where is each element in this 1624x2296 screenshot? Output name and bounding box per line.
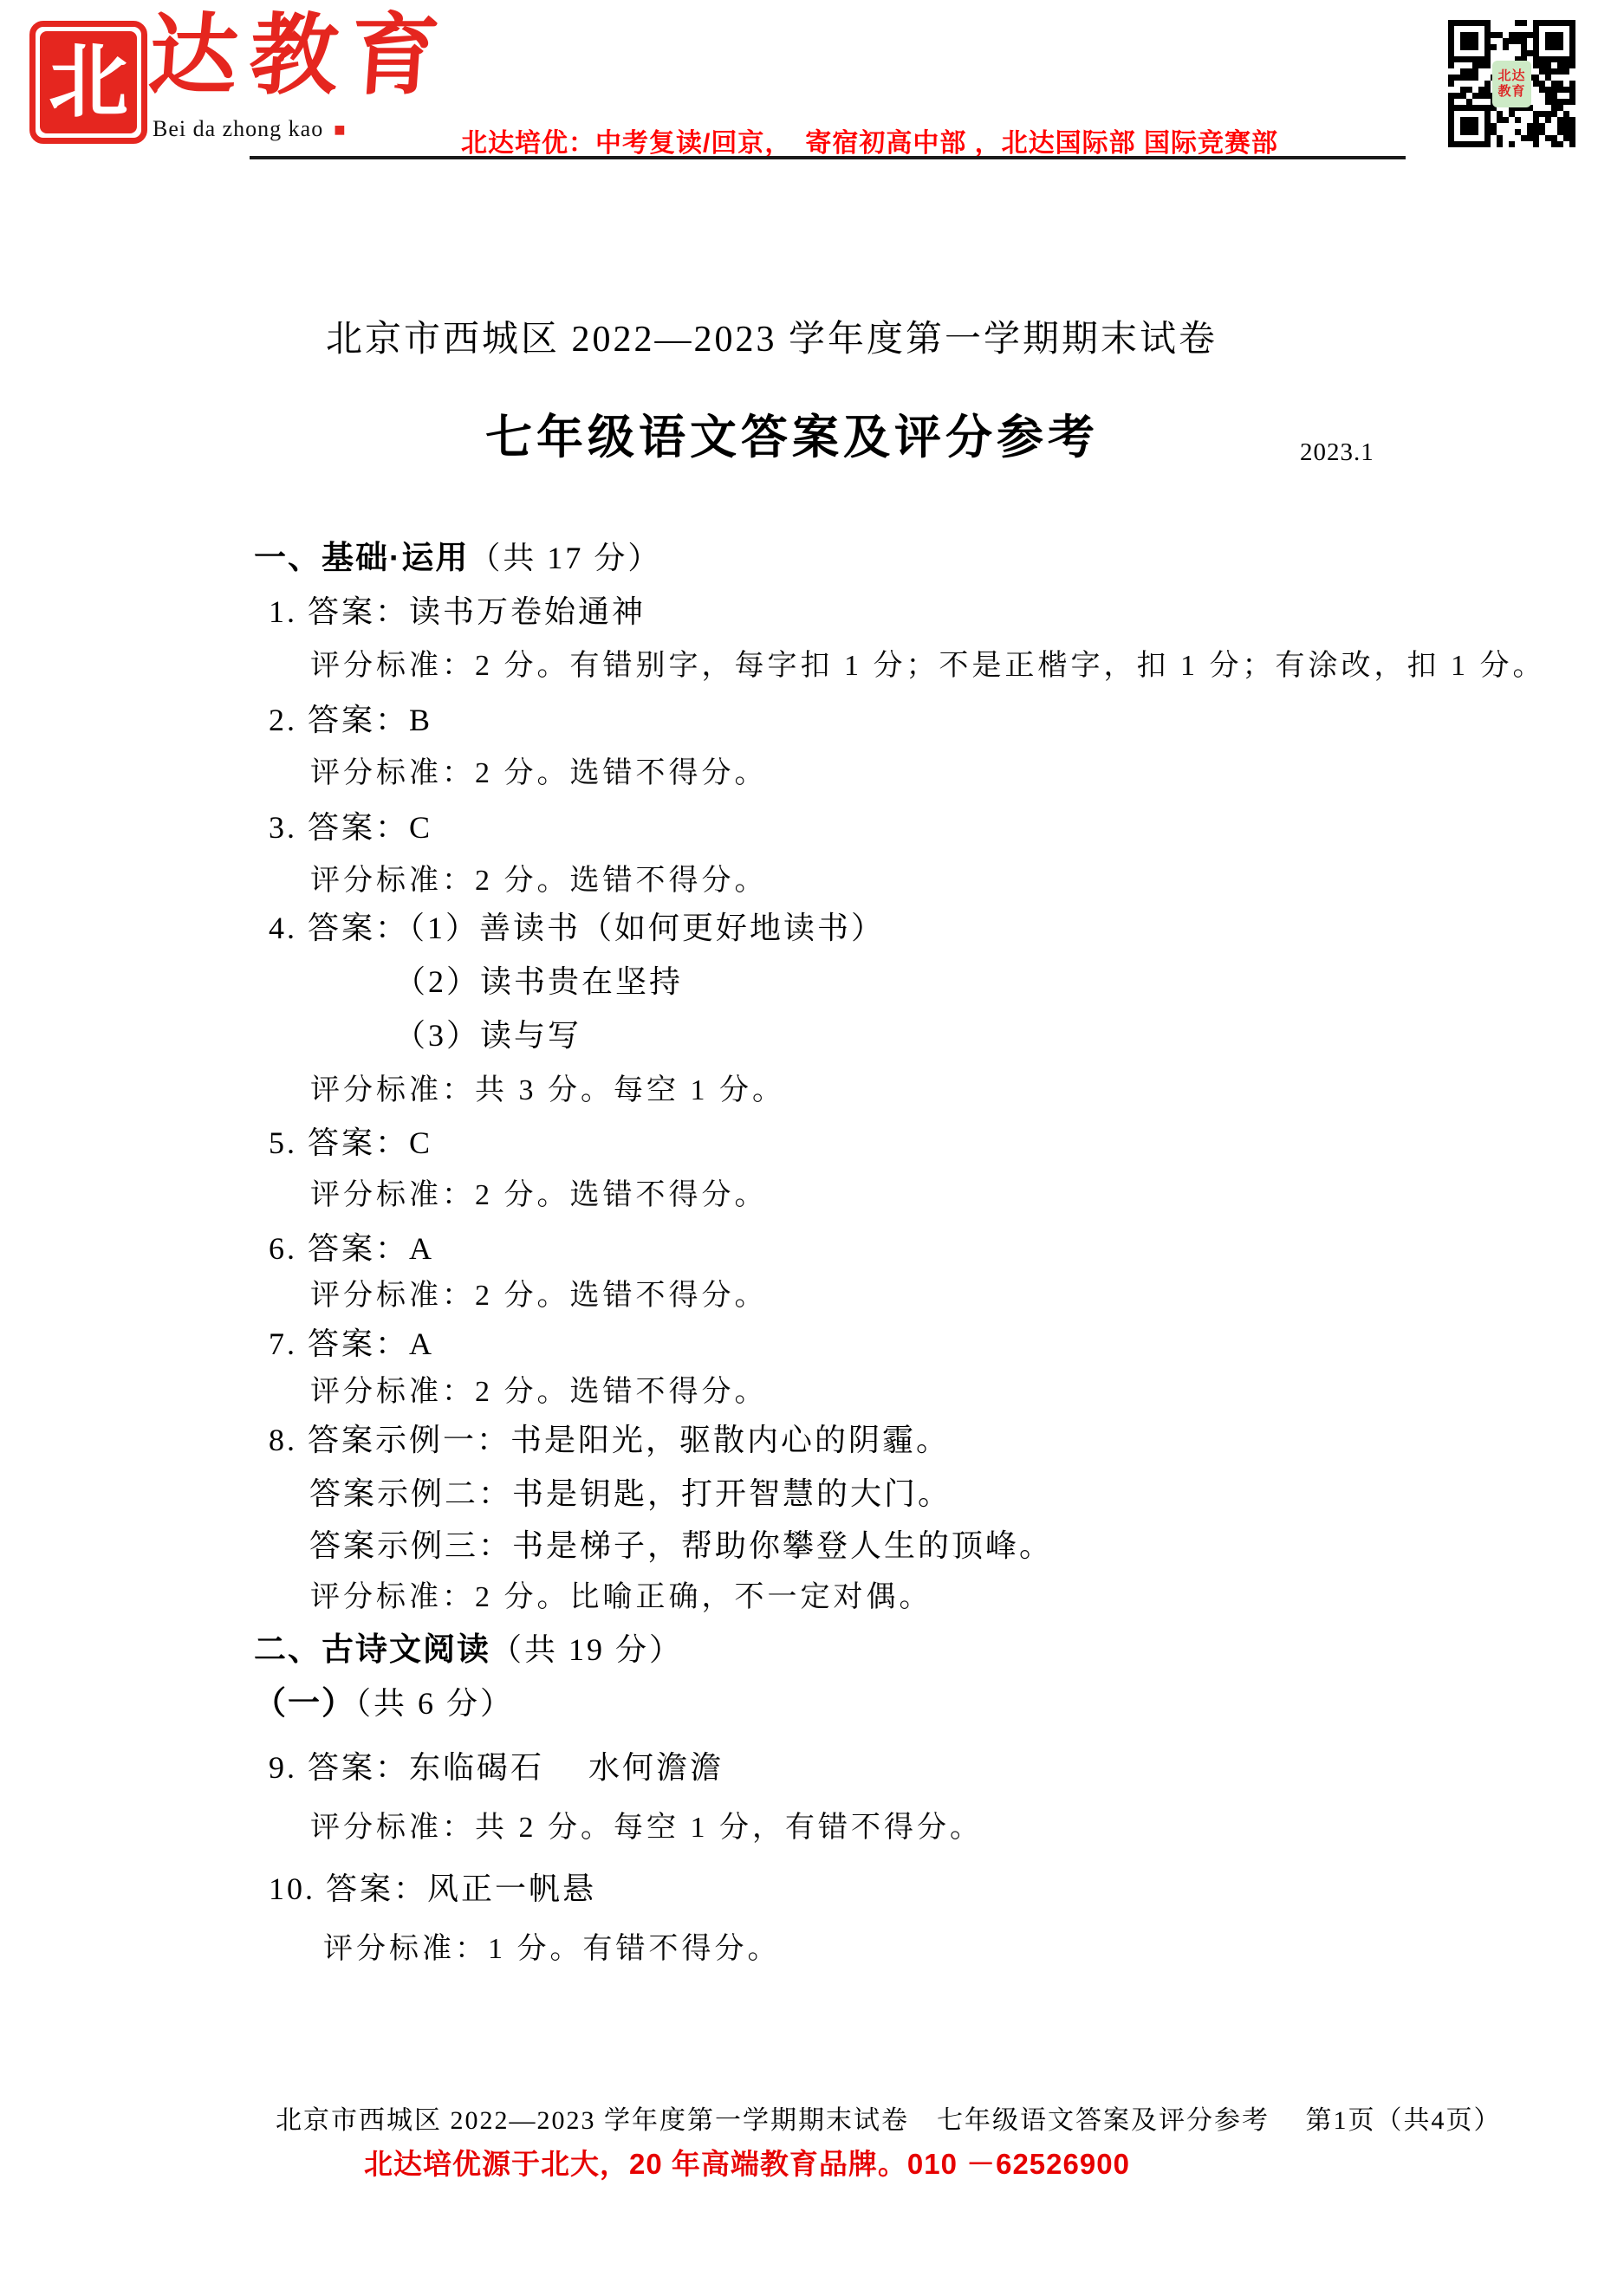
- scoring-line-q4: 评分标准：共 3 分。每空 1 分。: [310, 1073, 785, 1107]
- answer-line-q7: 7. 答案：A: [269, 1326, 434, 1362]
- answer-line-q9: 9. 答案：东临碣石 水何澹澹: [269, 1750, 724, 1786]
- header-slogan: 北达培优：中考复读/回京， 寄宿初高中部 ，北达国际部 国际竞赛部: [461, 121, 1278, 159]
- logo-subtext: Bei da zhong kao■: [153, 116, 347, 142]
- answer-line-q8-ex2: 答案示例二：书是钥匙，打开智慧的大门。: [309, 1476, 952, 1512]
- qr-code: 北达 教育: [1445, 17, 1578, 150]
- scoring-line-q1: 评分标准：2 分。有错别字，每字扣 1 分；不是正楷字，扣 1 分；有涂改，扣 …: [310, 649, 1546, 683]
- answer-line-q8-ex3: 答案示例三：书是梯子，帮助你攀登人生的顶峰。: [309, 1528, 1053, 1564]
- scoring-line-q3: 评分标准：2 分。选错不得分。: [310, 864, 768, 898]
- answer-line-q5: 5. 答案：C: [269, 1125, 432, 1161]
- answer-line-q4-sub3: （3）读与写: [394, 1018, 581, 1054]
- answer-line-q2: 2. 答案：B: [269, 703, 432, 738]
- logo-stamp-char: 北: [49, 42, 128, 122]
- answer-line-q6: 6. 答案：A: [269, 1231, 434, 1267]
- scoring-line-q6: 评分标准：2 分。选错不得分。: [310, 1279, 768, 1313]
- scoring-line-q10: 评分标准：1 分。有错不得分。: [323, 1932, 781, 1966]
- document-subtitle: 七年级语文答案及评分参考: [485, 400, 1099, 467]
- footer-page-info: 北京市西城区 2022—2023 学年度第一学期期末试卷 七年级语文答案及评分参…: [276, 2098, 1502, 2137]
- answer-line-q10: 10. 答案：风正一帆悬: [269, 1871, 596, 1907]
- document-page: 北 达教育 Bei da zhong kao■ 北达培优：中考复读/回京， 寄宿…: [0, 0, 1624, 2296]
- answer-line-q4-sub2: （2）读书贵在坚持: [394, 964, 683, 1000]
- scoring-line-q2: 评分标准：2 分。选错不得分。: [310, 756, 768, 790]
- section-heading-1: 一、基础·运用（共 17 分）: [254, 540, 661, 577]
- answer-line-q3: 3. 答案：C: [269, 810, 432, 846]
- logo-wordmark: 达教育: [146, 9, 454, 106]
- logo-stamp: 北: [29, 21, 147, 144]
- header-divider: [250, 156, 1406, 159]
- footer-promo: 北达培优源于北大，20 年高端教育品牌。010 －62526900: [364, 2142, 1130, 2182]
- qr-center-label: 北达 教育: [1492, 61, 1531, 107]
- scoring-line-q5: 评分标准：2 分。选错不得分。: [310, 1178, 768, 1212]
- scoring-line-q9: 评分标准：共 2 分。每空 1 分，有错不得分。: [310, 1811, 983, 1845]
- subsection-heading-1: （一）（共 6 分）: [254, 1685, 514, 1722]
- logo-stamp-inner: 北: [40, 31, 137, 133]
- document-title: 北京市西城区 2022—2023 学年度第一学期期末试卷: [326, 310, 1218, 362]
- answer-line-q1: 1. 答案：读书万卷始通神: [269, 594, 646, 630]
- answer-line-q8-ex1: 8. 答案示例一：书是阳光，驱散内心的阴霾。: [269, 1423, 950, 1458]
- section-heading-2: 二、古诗文阅读（共 19 分）: [254, 1631, 683, 1669]
- logo-red-square-icon: ■: [334, 119, 346, 140]
- scoring-line-q8: 评分标准：2 分。比喻正确，不一定对偶。: [310, 1580, 932, 1614]
- scoring-line-q7: 评分标准：2 分。选错不得分。: [310, 1375, 768, 1409]
- answer-line-q4: 4. 答案：（1）善读书（如何更好地读书）: [269, 911, 885, 946]
- document-date: 2023.1: [1300, 438, 1374, 467]
